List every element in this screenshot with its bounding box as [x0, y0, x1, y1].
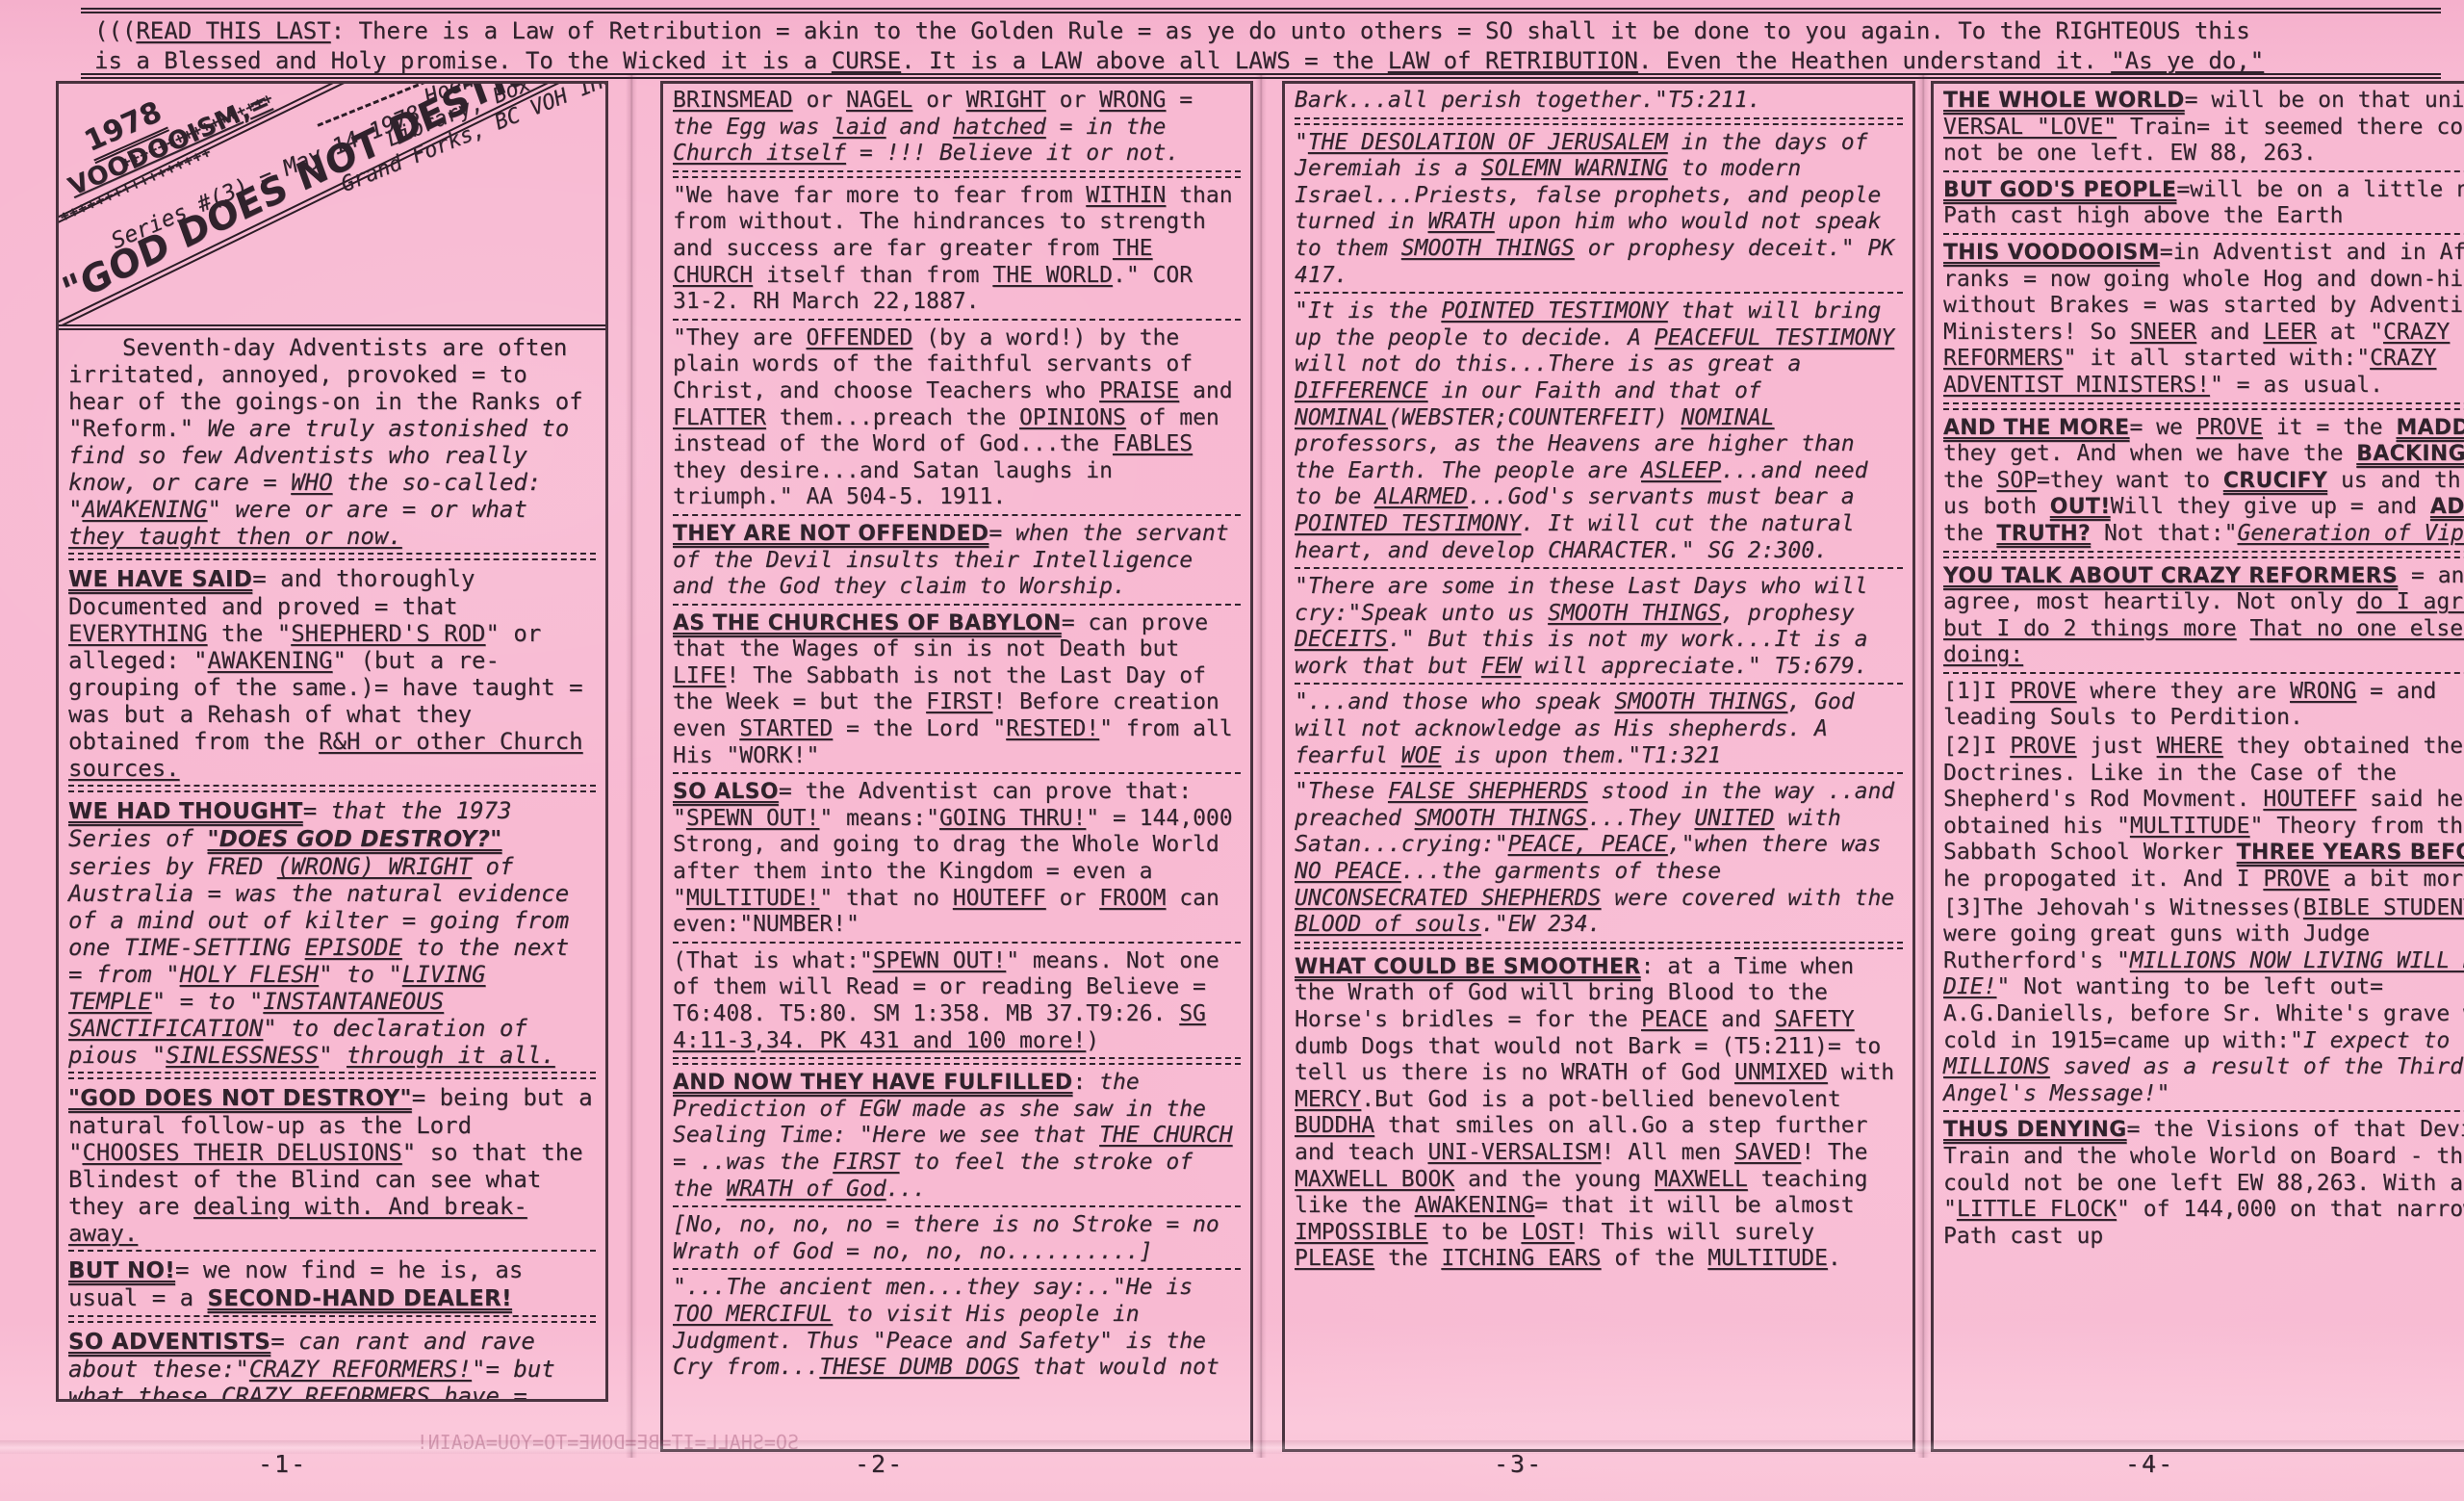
- paragraph: "They are OFFENDED (by a word!) by the p…: [673, 325, 1241, 511]
- paragraph: WE HAVE SAID= and thoroughly Documented …: [68, 565, 596, 782]
- separator-rule: [1943, 672, 2464, 674]
- paragraph: THEY ARE NOT OFFENDED= when the servant …: [673, 521, 1241, 601]
- paragraph: "There are some in these Last Days who w…: [1295, 574, 1903, 680]
- column-2-page-2: BRINSMEAD or NAGEL or WRIGHT or WRONG = …: [660, 81, 1253, 1452]
- separator-rule: [1943, 1110, 2464, 1112]
- paragraph: THUS DENYING= the Visions of that Devil'…: [1943, 1117, 2464, 1250]
- paragraph: YOU TALK ABOUT CRAZY REFORMERS = and I a…: [1943, 563, 2464, 669]
- separator-rule: [1943, 402, 2464, 410]
- separator-rule: [1295, 683, 1903, 685]
- separator-rule: [68, 1250, 596, 1252]
- separator-rule: [68, 1072, 596, 1079]
- paragraph: [3]The Jehovah's Witnesses(BIBLE STUDENT…: [1943, 895, 2464, 1108]
- separator-rule: [673, 1205, 1241, 1207]
- paragraph: BUT NO!= we now find = he is, as usual =…: [68, 1256, 596, 1312]
- column-3-page-3: Bark...all perish together."T5:211."THE …: [1282, 81, 1915, 1452]
- paragraph: "...The ancient men...they say:.."He is …: [673, 1275, 1241, 1381]
- paragraph: SO ADVENTISTS= can rant and rave about t…: [68, 1328, 596, 1402]
- paragraph: AND NOW THEY HAVE FULFILLED: the Predict…: [673, 1070, 1241, 1203]
- separator-rule: [1295, 292, 1903, 294]
- separator-rule: [68, 553, 596, 560]
- paragraph: "...and those who speak SMOOTH THINGS, G…: [1295, 689, 1903, 769]
- banner-line-2: is a Blessed and Holy promise. To the Wi…: [94, 46, 2427, 76]
- separator-rule: [1295, 117, 1903, 125]
- separator-rule: [673, 942, 1241, 944]
- column-3-text: Bark...all perish together."T5:211."THE …: [1285, 84, 1912, 1273]
- paragraph: "We have far more to fear from WITHIN th…: [673, 183, 1241, 316]
- paragraph: "These FALSE SHEPHERDS stood in the way …: [1295, 779, 1903, 939]
- paragraph: BUT GOD'S PEOPLE=will be on a little nar…: [1943, 177, 2464, 230]
- read-this-last-banner: (((READ THIS LAST: There is a Law of Ret…: [81, 8, 2441, 79]
- separator-rule: [68, 1315, 596, 1323]
- page-number-1: -1-: [258, 1450, 307, 1478]
- separator-rule: [1295, 772, 1903, 774]
- paragraph: [1]I PROVE where they are WRONG = and le…: [1943, 679, 2464, 732]
- column-1-text: Seventh-day Adventists are often irritat…: [59, 330, 605, 1402]
- paragraph: THIS VOODOOISM=in Adventist and in Afric…: [1943, 240, 2464, 400]
- banner-line-1: (((READ THIS LAST: There is a Law of Ret…: [94, 16, 2427, 46]
- paragraph: "It is the POINTED TESTIMONY that will b…: [1295, 298, 1903, 564]
- paragraph: [No, no, no, no = there is no Stroke = n…: [673, 1212, 1241, 1265]
- masthead: 1978 +++++++++++++++++ VOODOOISM,= +++++…: [59, 84, 605, 330]
- column-4-page-4: THE WHOLE WORLD= will be on that uni-VER…: [1931, 81, 2464, 1452]
- page-number-3: -3-: [1494, 1450, 1543, 1478]
- separator-rule: [1943, 170, 2464, 172]
- paragraph: AND THE MORE= we PROVE it = the MADDER t…: [1943, 415, 2464, 548]
- separator-rule: [673, 514, 1241, 516]
- column-2-text: BRINSMEAD or NAGEL or WRIGHT or WRONG = …: [663, 84, 1250, 1382]
- paragraph: Bark...all perish together."T5:211.: [1295, 88, 1903, 115]
- paragraph: (That is what:"SPEWN OUT!" means. Not on…: [673, 948, 1241, 1054]
- separator-rule: [1943, 233, 2464, 235]
- separator-rule: [1295, 942, 1903, 949]
- separator-rule: [1943, 551, 2464, 558]
- page-number-2: -2-: [855, 1450, 904, 1478]
- paragraph: WE HAD THOUGHT= that the 1973 Series of …: [68, 797, 596, 1069]
- paragraph: "THE DESOLATION OF JERUSALEM in the days…: [1295, 130, 1903, 290]
- masthead-publisher-block: Flyer #435. Hoehn Research Library, Box …: [307, 84, 605, 198]
- separator-rule: [1295, 567, 1903, 569]
- separator-rule: [673, 772, 1241, 774]
- paragraph: BRINSMEAD or NAGEL or WRIGHT or WRONG = …: [673, 88, 1241, 168]
- separator-rule: [673, 170, 1241, 178]
- separator-rule: [673, 319, 1241, 321]
- separator-rule: [673, 604, 1241, 606]
- paragraph: THE WHOLE WORLD= will be on that uni-VER…: [1943, 88, 2464, 168]
- paragraph: Seventh-day Adventists are often irritat…: [68, 334, 596, 550]
- page-number-4: -4-: [2125, 1450, 2174, 1478]
- column-1-page-1: 1978 +++++++++++++++++ VOODOOISM,= +++++…: [56, 81, 608, 1402]
- paragraph: SO ALSO= the Adventist can prove that: "…: [673, 779, 1241, 939]
- paragraph: WHAT COULD BE SMOOTHER: at a Time when t…: [1295, 954, 1903, 1273]
- separator-rule: [673, 1268, 1241, 1270]
- separator-rule: [673, 1057, 1241, 1065]
- paragraph: AS THE CHURCHES OF BABYLON= can prove th…: [673, 610, 1241, 770]
- paragraph: [2]I PROVE just WHERE they obtained thei…: [1943, 734, 2464, 893]
- separator-rule: [68, 785, 596, 792]
- paragraph: "GOD DOES NOT DESTROY"= being but a natu…: [68, 1084, 596, 1247]
- bleedthrough-text: SO=SHALL=IT=BE=DONE=TO=YOU=AGAIN!: [144, 1431, 799, 1454]
- column-4-text: THE WHOLE WORLD= will be on that uni-VER…: [1934, 84, 2464, 1250]
